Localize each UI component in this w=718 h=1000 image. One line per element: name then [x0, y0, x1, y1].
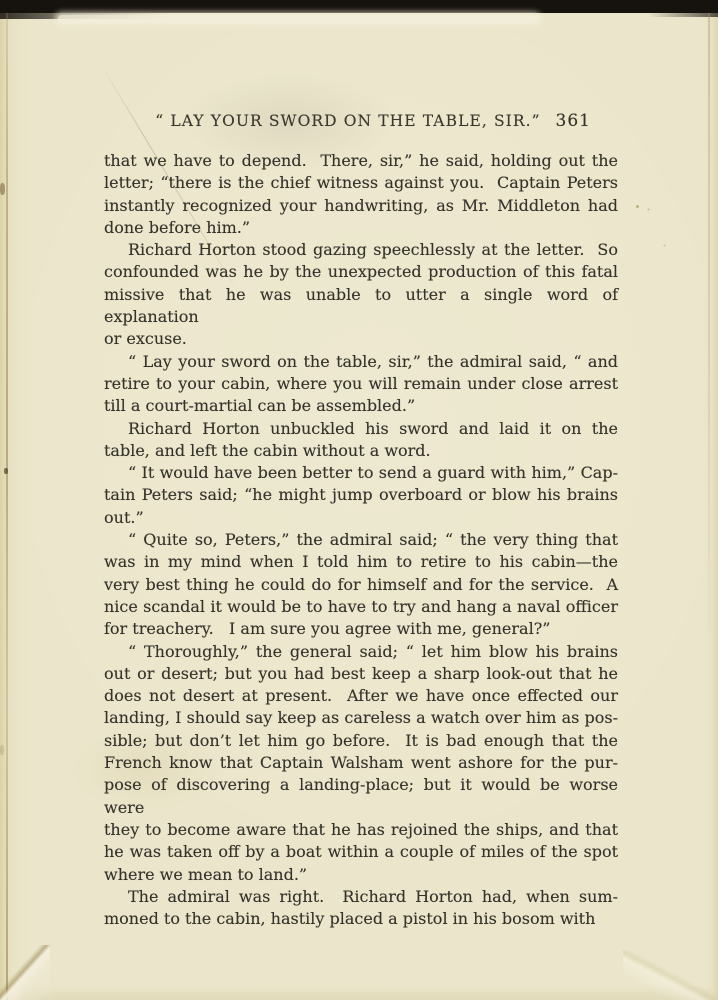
text-line: landing, I should say keep as careless a… [104, 707, 618, 729]
paragraph: that we have to depend. There, sir,” he … [104, 150, 618, 239]
text-line: nice scandal it would be to have to try … [104, 596, 618, 618]
page-right-edge [708, 13, 710, 653]
text-line: done before him.” [104, 217, 618, 239]
text-line: The admiral was right. Richard Horton ha… [104, 886, 618, 908]
paragraph: Richard Horton stood gazing speechlessly… [104, 239, 618, 350]
text-line: out or desert; but you had best keep a s… [104, 663, 618, 685]
text-line: was in my mind when I told him to retire… [104, 551, 618, 573]
text-line: sible; but don’t let him go before. It i… [104, 730, 618, 752]
body-text: that we have to depend. There, sir,” he … [104, 150, 618, 930]
page-edge-nick [4, 468, 8, 474]
text-line: instantly recognized your handwriting, a… [104, 195, 618, 217]
running-header: “ LAY YOUR SWORD ON THE TABLE, SIR.” 361 [104, 112, 618, 130]
paragraph: “ Lay your sword on the table, sir,” the… [104, 351, 618, 418]
text-line: very best thing he could do for himself … [104, 574, 618, 596]
text-line: table, and left the cabin without a word… [104, 440, 618, 462]
text-line: does not desert at present. After we hav… [104, 685, 618, 707]
text-line: “ Lay your sword on the table, sir,” the… [104, 351, 618, 373]
scanned-book-page: “ LAY YOUR SWORD ON THE TABLE, SIR.” 361… [0, 0, 718, 1000]
bottom-left-corner-fold [0, 945, 50, 1000]
text-line: they to become aware that he has rejoine… [104, 819, 618, 841]
text-line: for treachery. I am sure you agree with … [104, 618, 618, 640]
bottom-right-corner-fold [623, 950, 718, 1000]
text-line: confounded was he by the unexpected prod… [104, 261, 618, 283]
text-line: Richard Horton unbuckled his sword and l… [104, 418, 618, 440]
text-line: “ Thoroughly,” the general said; “ let h… [104, 641, 618, 663]
paragraph: Richard Horton unbuckled his sword and l… [104, 418, 618, 463]
text-line: till a court-martial can be assembled.” [104, 395, 618, 417]
text-line: that we have to depend. There, sir,” he … [104, 150, 618, 172]
paragraph: “ It would have been better to send a gu… [104, 462, 618, 529]
text-line: moned to the cabin, hastily placed a pis… [104, 908, 618, 930]
paragraph: The admiral was right. Richard Horton ha… [104, 886, 618, 931]
text-line: tain Peters said; “he might jump overboa… [104, 484, 618, 506]
page-edge-nick [0, 183, 5, 195]
text-line: or excuse. [104, 328, 618, 350]
page-edge-nick [0, 745, 4, 755]
paragraph: “ Thoroughly,” the general said; “ let h… [104, 641, 618, 886]
text-line: Richard Horton stood gazing speechlessly… [104, 239, 618, 261]
text-line: letter; “there is the chief witness agai… [104, 172, 618, 194]
text-line: missive that he was unable to utter a si… [104, 284, 618, 329]
paper-speck [636, 205, 639, 208]
text-line: he was taken off by a boat within a coup… [104, 841, 618, 863]
printed-text-block: “ LAY YOUR SWORD ON THE TABLE, SIR.” 361… [104, 112, 618, 930]
text-line: “ Quite so, Peters,” the admiral said; “… [104, 529, 618, 551]
page-left-crease [6, 13, 8, 1000]
text-line: pose of discovering a landing-place; but… [104, 774, 618, 819]
text-line: retire to your cabin, where you will rem… [104, 373, 618, 395]
text-line: “ It would have been better to send a gu… [104, 462, 618, 484]
page-number: 361 [556, 112, 591, 130]
text-line: out.” [104, 507, 618, 529]
running-header-title: “ LAY YOUR SWORD ON THE TABLE, SIR.” [155, 112, 540, 130]
text-line: where we mean to land.” [104, 864, 618, 886]
paragraph: “ Quite so, Peters,” the admiral said; “… [104, 529, 618, 640]
photo-background-strip [0, 0, 718, 13]
text-line: French know that Captain Walsham went as… [104, 752, 618, 774]
page-top-edge-highlight [58, 15, 538, 23]
